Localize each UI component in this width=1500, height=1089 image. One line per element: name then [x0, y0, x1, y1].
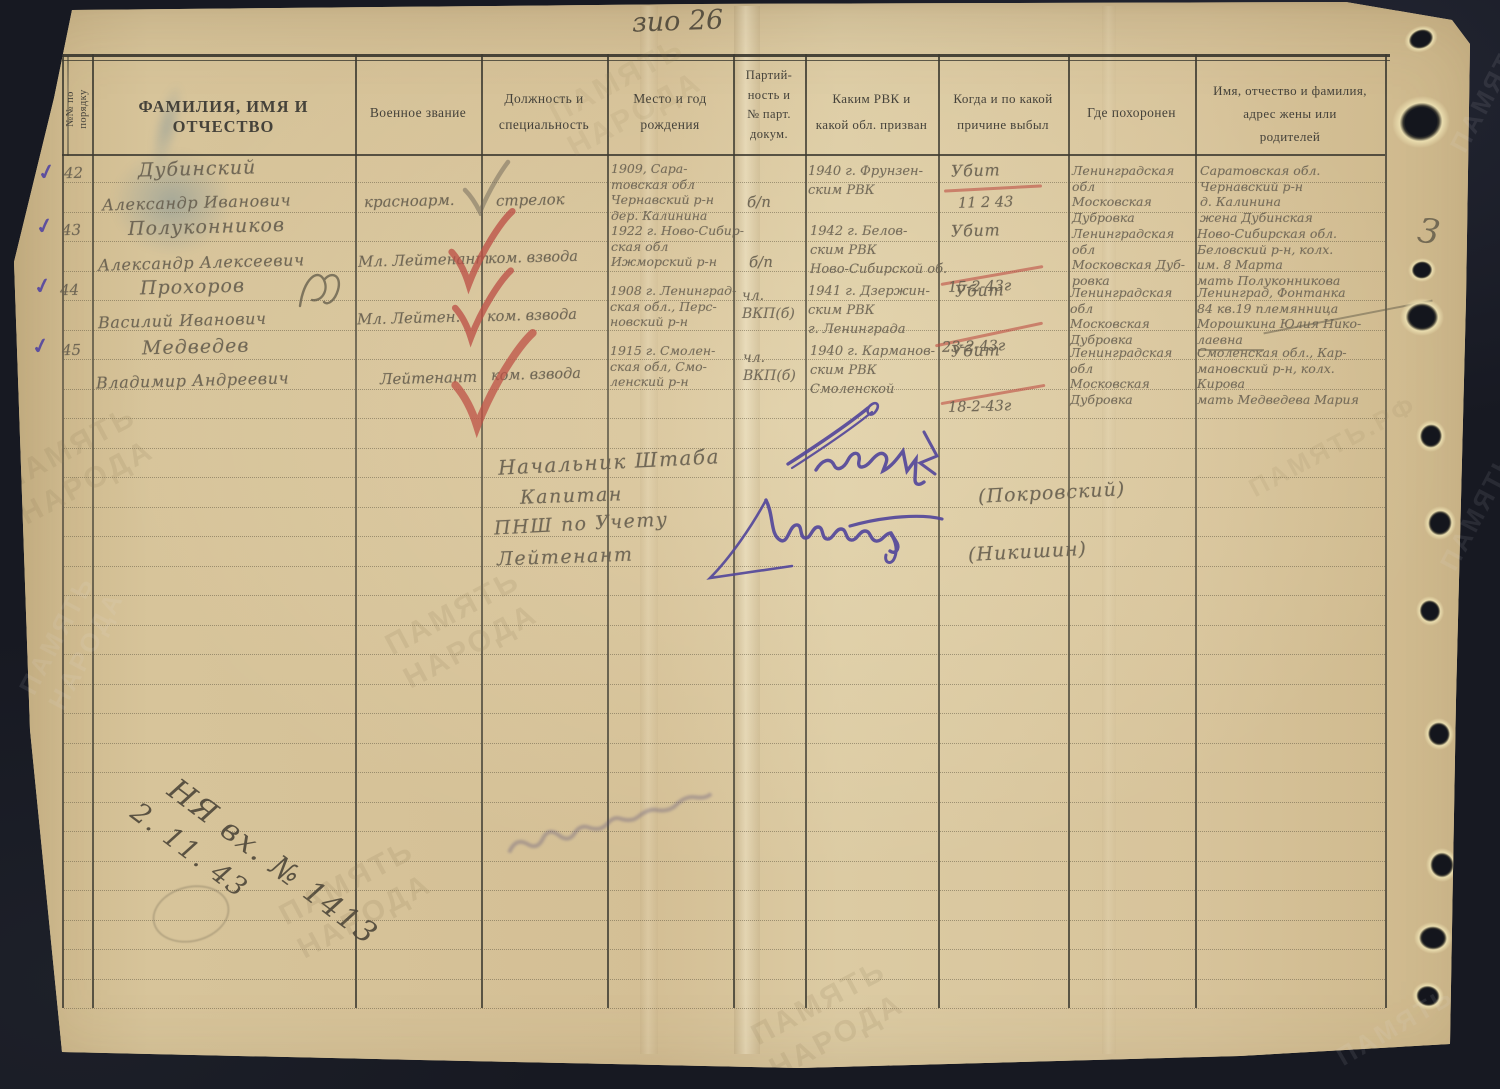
rvk-drafted: 1941 г. Дзержин-ским РВКг. Ленинграда	[808, 282, 930, 339]
row-number: 43	[62, 221, 82, 239]
rvk-drafted: 1940 г. Фрунзен-ским РВК	[808, 162, 923, 200]
column-line	[1195, 54, 1197, 1008]
fate-date: 11 2 43	[958, 194, 1014, 211]
ruled-dotted-line	[64, 330, 1385, 331]
header-col-rvk: Каким РВК и какой обл. призван	[805, 86, 938, 138]
ruled-dotted-line	[64, 684, 1385, 685]
header-col-family: Имя, отчество и фамилия, адрес жены или …	[1195, 79, 1385, 148]
ruled-dotted-line	[64, 979, 1385, 980]
punched-hole	[1414, 418, 1448, 454]
punched-hole	[1407, 257, 1437, 284]
pencil-monogram	[288, 262, 344, 314]
hand-line: ским РВК	[810, 241, 947, 260]
relatives-address: Ленинград, Фонтанка84 кв.19 племянницаМо…	[1197, 285, 1361, 347]
hand-line: ленский р-н	[610, 374, 715, 390]
header-col-number: №№ по порядку	[64, 77, 90, 141]
birth-place: 1915 г. Смолен-ская обл, Смо-ленский р-н	[610, 343, 715, 390]
punched-hole	[1421, 715, 1457, 752]
fate-status: Убит	[955, 280, 1005, 300]
scanned-document: №№ по порядку ФАМИЛИЯ, ИМЯ И ОТЧЕСТВО Во…	[0, 0, 1500, 1089]
hand-line: 1941 г. Дзержин-	[808, 282, 930, 301]
ruled-dotted-line	[64, 182, 1385, 183]
header-col-fate: Когда и по какой причине выбыл	[938, 86, 1068, 138]
table-top-border	[62, 54, 1390, 57]
hand-line: ская обл, Смо-	[610, 359, 715, 375]
hand-line: 1909, Сара-	[611, 161, 714, 177]
ruled-dotted-line	[64, 772, 1385, 773]
hand-line: им. 8 Марта	[1197, 257, 1340, 273]
ruled-dotted-line	[64, 271, 1385, 272]
hand-line: обл	[1072, 242, 1185, 258]
ruled-dotted-line	[64, 359, 1385, 360]
hand-line: Московская Дуб-	[1072, 257, 1185, 273]
margin-check-icon: ✓	[30, 332, 52, 360]
hand-line: обл	[1070, 361, 1172, 377]
column-line	[62, 54, 64, 1008]
hand-line: ская обл., Перс-	[610, 299, 736, 315]
ink-offset-smudge	[498, 773, 733, 872]
row-number: 42	[64, 164, 84, 182]
hand-line: Московская	[1070, 376, 1172, 392]
hand-line: Дубровка	[1072, 210, 1174, 226]
punched-hole	[1410, 979, 1446, 1012]
header-col-burial: Где похоронен	[1068, 100, 1195, 126]
row-number: 44	[60, 281, 80, 299]
watermark: ПАМЯТЬНАРОДА	[745, 952, 911, 1088]
signer-name: (Покровский)	[978, 478, 1126, 508]
hand-line: 1940 г. Карманов-	[810, 342, 935, 361]
hand-line: Московская	[1070, 316, 1172, 332]
hand-line: мановский р-н, колх.	[1197, 361, 1359, 377]
ruled-dotted-line	[64, 949, 1385, 950]
hand-line: Московская	[1072, 194, 1174, 210]
ruled-dotted-line	[64, 389, 1385, 390]
birth-place: 1922 г. Ново-Сибир-ская облИжморский р-н	[611, 223, 744, 270]
hand-line: ским РВК	[810, 361, 935, 380]
military-rank: Мл. Лейтен.	[357, 308, 461, 329]
burial-place: ЛенинградскаяоблМосковская Дуб-ровка	[1072, 226, 1185, 288]
ruled-dotted-line	[64, 1008, 1385, 1009]
column-line	[1068, 54, 1070, 1008]
paper-sheet: №№ по порядку ФАМИЛИЯ, ИМЯ И ОТЧЕСТВО Во…	[0, 0, 1500, 1089]
ruled-dotted-line	[64, 654, 1385, 655]
hand-line: новский р-н	[610, 314, 736, 330]
ruled-dotted-line	[64, 212, 1385, 213]
ruled-dotted-line	[64, 448, 1385, 449]
hand-line: д. Калинина	[1200, 194, 1320, 210]
row-number: 45	[62, 341, 82, 359]
signer-role: Начальник Штаба	[498, 444, 721, 480]
rvk-drafted: 1942 г. Белов-ским РВКНово-Сибирской об.	[810, 222, 947, 279]
surname: Дубинский	[138, 156, 257, 181]
hand-line: Ленинградская	[1070, 285, 1172, 301]
hand-line: товская обл	[611, 177, 714, 193]
hand-line: Ленинградская	[1072, 226, 1185, 242]
hand-line: мать Медведева Мария	[1197, 392, 1359, 408]
rvk-drafted: 1940 г. Карманов-ским РВКСмоленской	[810, 342, 935, 399]
column-line	[92, 54, 94, 1008]
hand-line: обл	[1070, 301, 1172, 317]
header-col-party: Партий- ность и № парт. докум.	[733, 66, 805, 144]
header-col-rank: Военное звание	[355, 100, 481, 126]
punched-hole	[1387, 90, 1455, 154]
red-check-icon	[448, 326, 540, 444]
hand-line: Ново-Сибирской об.	[810, 260, 947, 279]
hand-line: Смоленская обл., Кар-	[1197, 345, 1359, 361]
fate-status: Убит	[951, 340, 1001, 360]
hand-line: Чернавский р-н	[611, 192, 714, 208]
party-status: чл.ВКП(б)	[742, 287, 795, 323]
military-rank: красноарм.	[364, 191, 455, 211]
punched-hole	[1420, 502, 1460, 543]
hand-line: Ленинградская	[1070, 345, 1172, 361]
hand-line: г. Ленинграда	[808, 320, 930, 339]
hand-line: Дубровка	[1070, 392, 1172, 408]
column-line	[1385, 54, 1387, 1008]
burial-place: ЛенинградскаяоблМосковскаяДубровка	[1070, 345, 1172, 407]
hand-line: Ленинград, Фонтанка	[1197, 285, 1361, 301]
surname: Полуконников	[128, 214, 286, 240]
punched-hole	[1425, 847, 1459, 883]
header-col-birth: Место и год рождения	[607, 86, 733, 138]
hand-line: 1942 г. Белов-	[810, 222, 947, 241]
watermark: ПАМЯТЬНАРОДА	[379, 562, 545, 698]
hand-line: Ижморский р-н	[611, 254, 744, 270]
signer-rank: Капитан	[520, 483, 624, 509]
hand-line: Кирова	[1197, 376, 1359, 392]
top-pencil-note: зио 26	[631, 4, 723, 38]
punched-hole	[1400, 298, 1445, 337]
red-underline	[944, 184, 1042, 192]
ruled-dotted-line	[64, 625, 1385, 626]
hand-line: 1915 г. Смолен-	[610, 343, 715, 359]
hand-line: Ново-Сибирская обл.	[1197, 226, 1340, 242]
hand-line: ВКП(б)	[742, 305, 795, 323]
birth-place: 1908 г. Ленинград-ская обл., Перс-новски…	[610, 283, 736, 330]
header-bottom-border	[62, 154, 1385, 156]
header-col-position: Должность и специальность	[481, 86, 607, 138]
birth-place: 1909, Сара-товская облЧернавский р-ндер.…	[611, 161, 714, 223]
hand-line: Чернавский р-н	[1200, 179, 1320, 195]
hand-line: ским РВК	[808, 301, 930, 320]
hand-line: 1940 г. Фрунзен-	[808, 162, 923, 181]
hand-line: 84 кв.19 племянница	[1197, 301, 1361, 317]
hand-line: Ленинградская	[1072, 163, 1174, 179]
registration-note: НЯ вх. № 1413 2. 11. 43	[137, 772, 384, 984]
fate-status: Убит	[951, 220, 1001, 240]
margin-check-icon: ✓	[32, 272, 54, 300]
relatives-address: Саратовская обл.Чернавский р-нд. Калинин…	[1200, 163, 1320, 225]
hand-line: Морошкина Юлия Нико-	[1197, 316, 1361, 332]
margin-check-icon: ✓	[34, 212, 56, 240]
punched-hole	[1401, 21, 1442, 57]
party-status: чл.ВКП(б)	[743, 349, 796, 385]
margin-check-icon: ✓	[36, 158, 58, 186]
hand-line: 1922 г. Ново-Сибир-	[611, 223, 744, 239]
hand-line: чл.	[742, 287, 795, 305]
punched-hole	[1412, 592, 1448, 629]
party-status: б/п	[749, 253, 773, 272]
ruled-dotted-line	[64, 418, 1385, 419]
ruled-dotted-line	[64, 595, 1385, 596]
hand-line: Саратовская обл.	[1200, 163, 1320, 179]
surname: Медведев	[142, 335, 250, 360]
ruled-dotted-line	[64, 713, 1385, 714]
burial-place: ЛенинградскаяоблМосковскаяДубровка	[1070, 285, 1172, 347]
fate-date: 18-2-43г	[948, 398, 1012, 416]
hand-line: жена Дубинская	[1200, 210, 1320, 226]
relatives-address: Смоленская обл., Кар-мановский р-н, колх…	[1197, 345, 1359, 407]
signer-role: ПНШ по Учету	[494, 508, 669, 539]
punched-hole	[1413, 921, 1453, 955]
hand-line: ВКП(б)	[743, 367, 796, 385]
column-line	[355, 54, 357, 1008]
table-top-border-inner	[62, 60, 1390, 61]
ink-signature	[700, 492, 950, 587]
fate-status: Убит	[951, 160, 1001, 180]
hand-line: обл	[1072, 179, 1174, 195]
hand-line: ская обл	[611, 239, 744, 255]
header-col-name: ФАМИЛИЯ, ИМЯ И ОТЧЕСТВО	[92, 97, 355, 137]
hand-line: 1908 г. Ленинград-	[610, 283, 736, 299]
hand-line: Беловский р-н, колх.	[1197, 242, 1340, 258]
burial-place: ЛенинградскаяоблМосковскаяДубровка	[1072, 163, 1174, 225]
hand-line: чл.	[743, 349, 796, 367]
ruled-dotted-line	[64, 477, 1385, 478]
hand-line: дер. Калинина	[611, 208, 714, 224]
party-status: б/п	[747, 193, 771, 212]
margin-scribble: З	[1415, 210, 1443, 253]
relatives-address: Ново-Сибирская обл.Беловский р-н, колх.и…	[1197, 226, 1340, 288]
surname: Прохоров	[140, 275, 246, 300]
ink-signature	[782, 396, 952, 496]
ruled-dotted-line	[64, 743, 1385, 744]
hand-line: ским РВК	[808, 181, 923, 200]
